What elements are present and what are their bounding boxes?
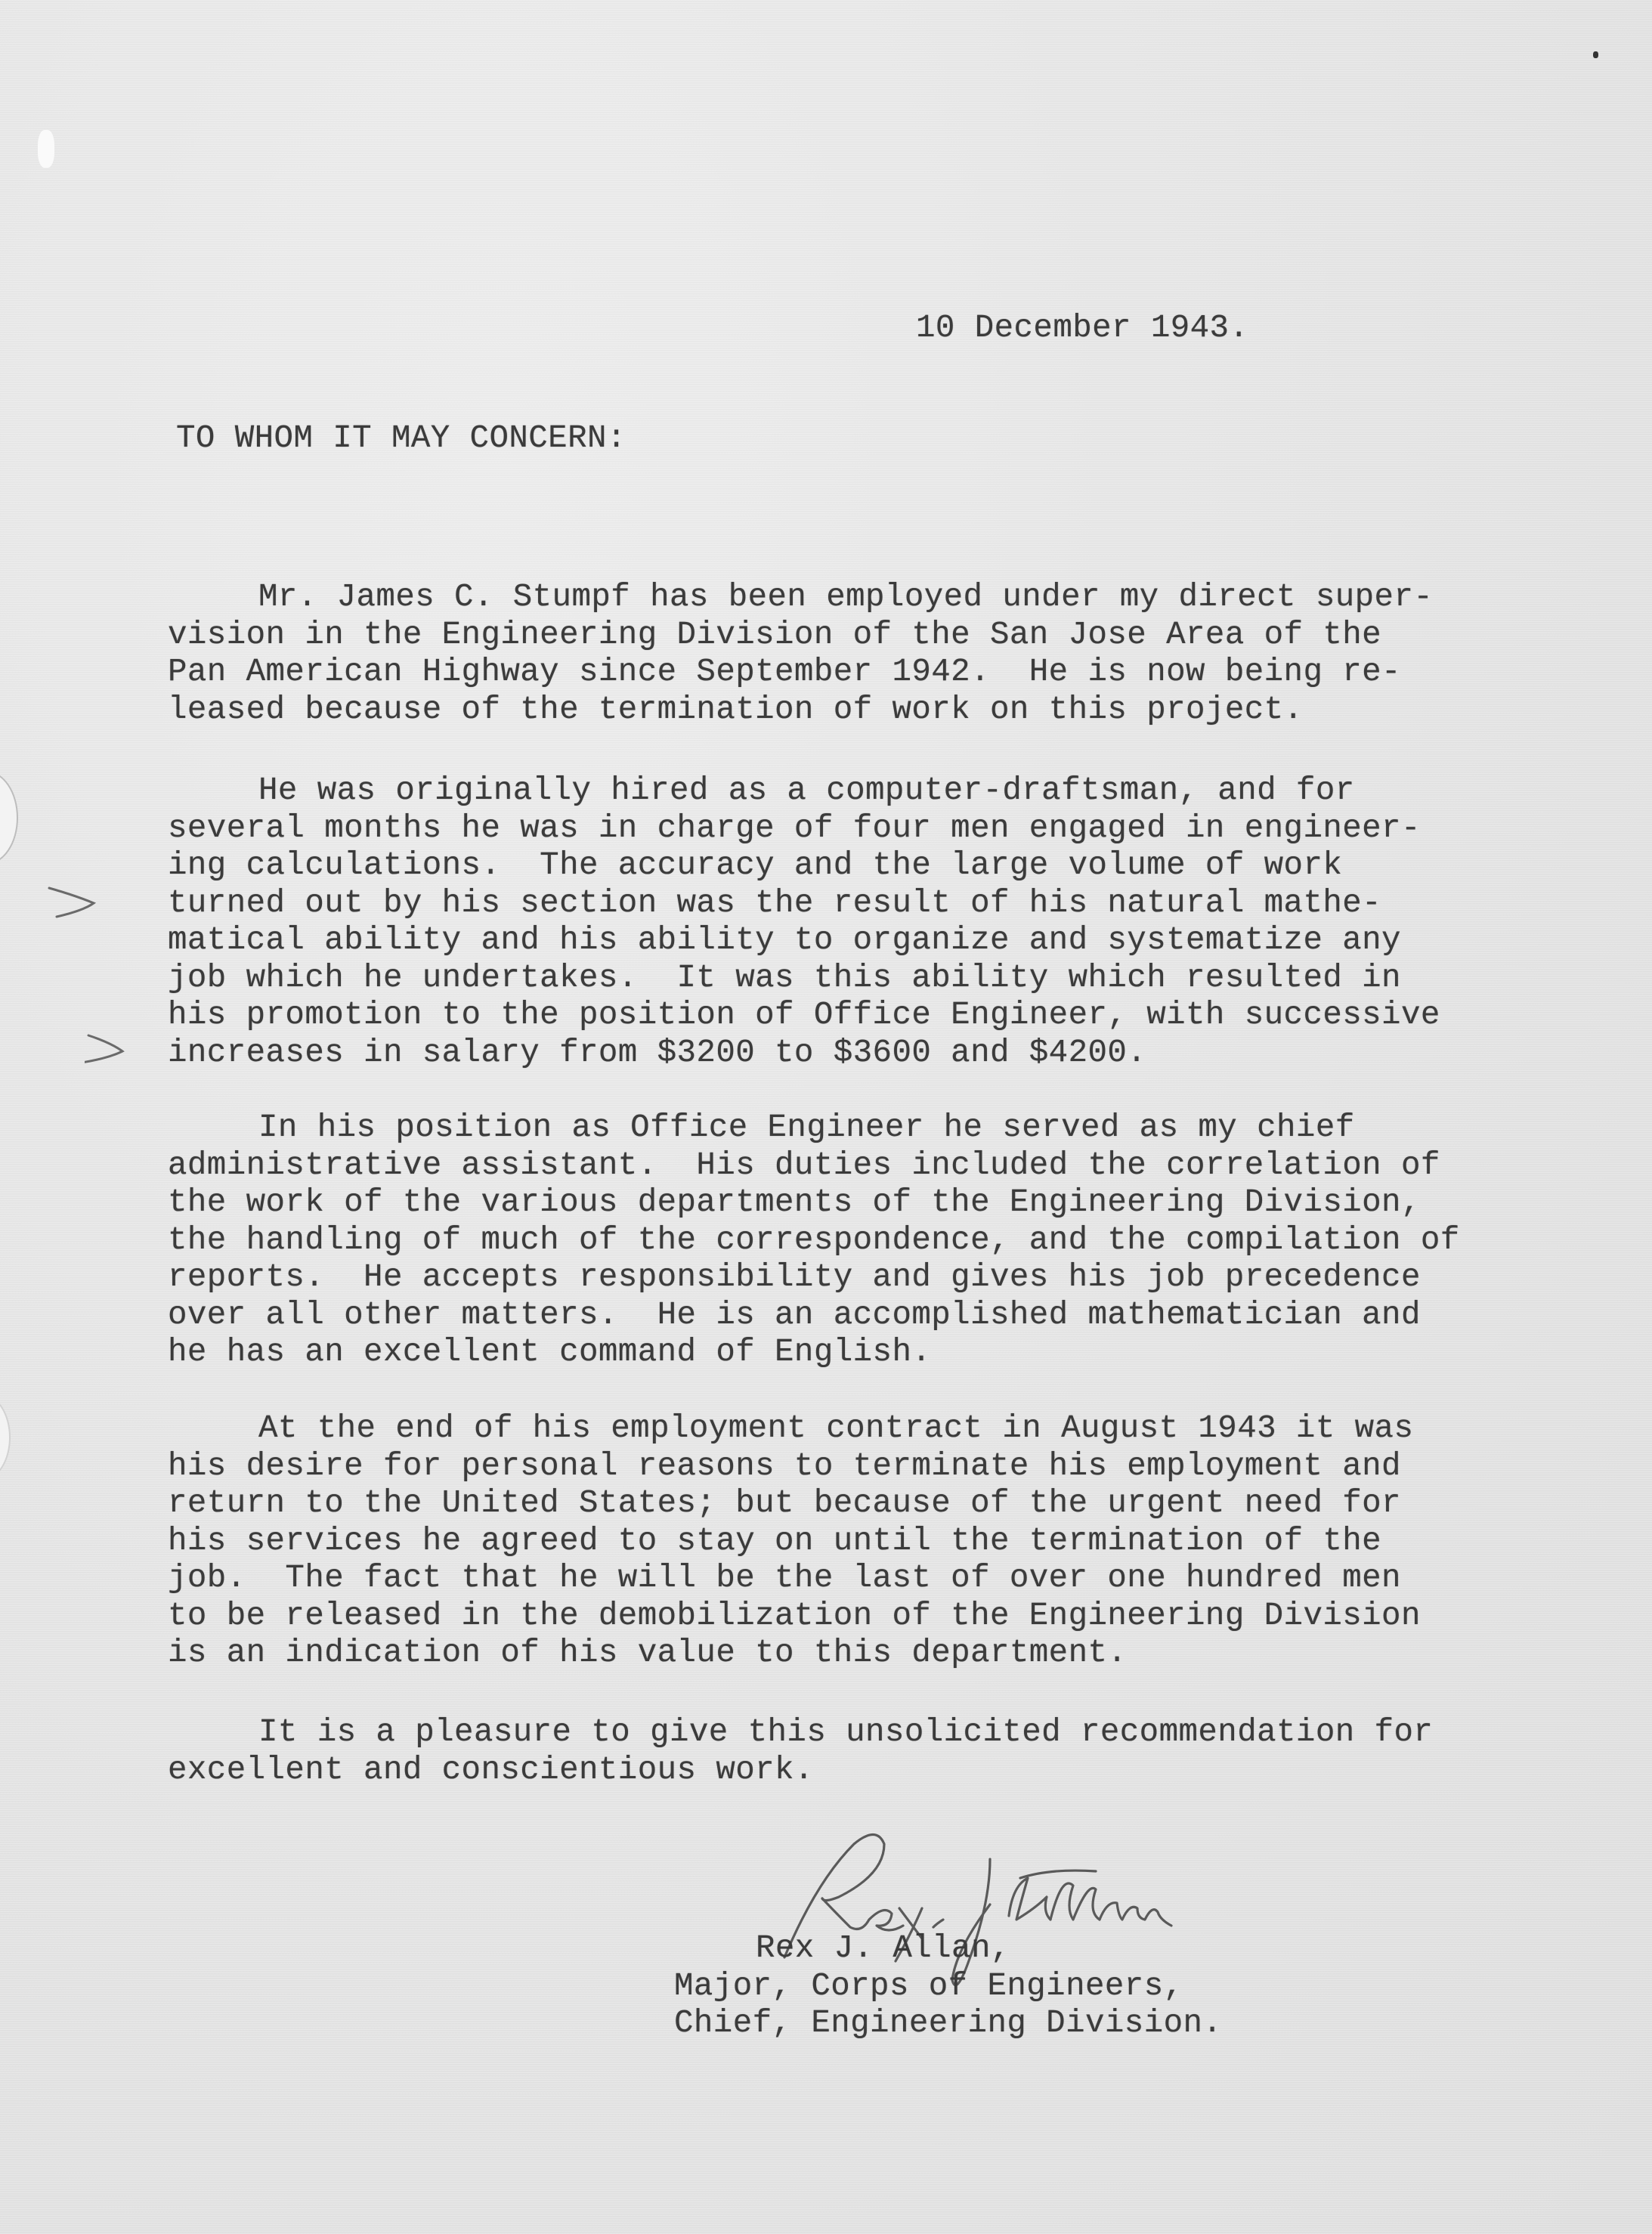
paragraph-employment: Mr. James C. Stumpf has been employed un… <box>168 579 1433 729</box>
paragraph-line: job which he undertakes. It was this abi… <box>168 960 1440 998</box>
paragraph-line: his services he agreed to stay on until … <box>168 1523 1421 1561</box>
paper-blemish <box>38 130 54 168</box>
signature-block: Rex J. Allan, Major, Corps of Engineers,… <box>674 1930 1222 2043</box>
paragraph-line: over all other matters. He is an accompl… <box>168 1297 1460 1335</box>
paragraph-line: job. The fact that he will be the last o… <box>168 1560 1421 1598</box>
paragraph-line: reports. He accepts responsibility and g… <box>168 1259 1460 1297</box>
paragraph-line: In his position as Office Engineer he se… <box>168 1109 1460 1147</box>
paragraph-line: he has an excellent command of English. <box>168 1334 1460 1372</box>
paragraph-line: excellent and conscientious work. <box>168 1752 1433 1790</box>
paragraph-line: Pan American Highway since September 194… <box>168 654 1433 692</box>
letter-date: 10 December 1943. <box>916 310 1248 348</box>
paragraph-office-engineer: In his position as Office Engineer he se… <box>168 1109 1460 1372</box>
paragraph-line: leased because of the termination of wor… <box>168 692 1433 729</box>
signatory-rank: Major, Corps of Engineers, <box>674 1968 1222 2006</box>
paragraph-line: Mr. James C. Stumpf has been employed un… <box>168 579 1433 617</box>
paragraph-line: vision in the Engineering Division of th… <box>168 617 1433 654</box>
signatory-name: Rex J. Allan, <box>674 1930 1222 1968</box>
paragraph-line: the handling of much of the corresponden… <box>168 1222 1460 1260</box>
margin-check-mark-icon <box>45 884 106 922</box>
signatory-title: Chief, Engineering Division. <box>674 2005 1222 2043</box>
paper-speck <box>1593 51 1598 58</box>
paragraph-line: is an indication of his value to this de… <box>168 1635 1421 1672</box>
paragraph-line: turned out by his section was the result… <box>168 885 1440 923</box>
paragraph-line: ing calculations. The accuracy and the l… <box>168 847 1440 885</box>
salutation: TO WHOM IT MAY CONCERN: <box>176 420 626 458</box>
paragraph-line: He was originally hired as a computer-dr… <box>168 772 1440 810</box>
letter-page: 10 December 1943. TO WHOM IT MAY CONCERN… <box>0 0 1652 2234</box>
paragraph-line: matical ability and his ability to organ… <box>168 922 1440 960</box>
paragraph-line: administrative assistant. His duties inc… <box>168 1147 1460 1185</box>
paragraph-line: several months he was in charge of four … <box>168 810 1440 848</box>
punch-hole-mark <box>0 771 18 865</box>
paragraph-line: It is a pleasure to give this unsolicite… <box>168 1714 1433 1752</box>
paragraph-duties-history: He was originally hired as a computer-dr… <box>168 772 1440 1072</box>
paragraph-contract-end: At the end of his employment contract in… <box>168 1410 1421 1672</box>
paragraph-closing: It is a pleasure to give this unsolicite… <box>168 1714 1433 1789</box>
paragraph-line: his desire for personal reasons to termi… <box>168 1448 1421 1486</box>
paragraph-line: to be released in the demobilization of … <box>168 1598 1421 1635</box>
paragraph-line: return to the United States; but because… <box>168 1485 1421 1523</box>
paragraph-line: his promotion to the position of Office … <box>168 997 1440 1035</box>
punch-hole-mark <box>0 1394 11 1481</box>
margin-check-mark-icon <box>85 1032 145 1069</box>
paragraph-line: the work of the various departments of t… <box>168 1184 1460 1222</box>
paragraph-line: At the end of his employment contract in… <box>168 1410 1421 1448</box>
paragraph-line: increases in salary from $3200 to $3600 … <box>168 1035 1440 1072</box>
